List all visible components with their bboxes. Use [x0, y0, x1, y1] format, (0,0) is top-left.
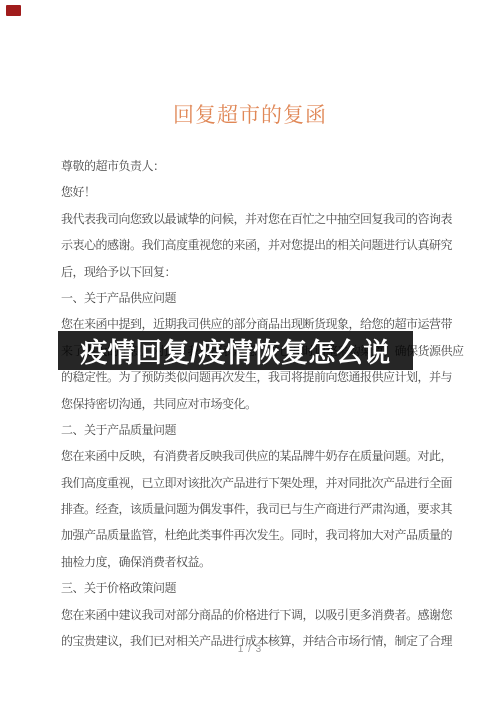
- doc-line-greeting: 您好！: [61, 179, 441, 205]
- document-page: 回复超市的复函 尊敬的超市负责人： 您好！ 我代表我司向您致以最诚挚的问候，并对…: [0, 0, 500, 706]
- doc-heading-section-3: 三、关于价格政策问题: [61, 575, 441, 601]
- doc-line: 您在来函中反映，有消费者反映我司供应的某品牌牛奶存在质量问题。对此，: [61, 443, 441, 469]
- document-title: 回复超市的复函: [0, 99, 500, 129]
- doc-heading-section-2: 二、关于产品质量问题: [61, 417, 441, 443]
- doc-line: 我们高度重视，已立即对该批次产品进行下架处理，并对同批次产品进行全面: [61, 470, 441, 496]
- document-body: 尊敬的超市负责人： 您好！ 我代表我司向您致以最诚挚的问候，并对您在百忙之中抽空…: [61, 153, 441, 654]
- doc-line: 后，现给予以下回复：: [61, 259, 441, 285]
- doc-line: 您保持密切沟通，共同应对市场变化。: [61, 391, 441, 417]
- doc-line: 排查。经查，该质量问题为偶发事件，我司已与生产商进行严肃沟通，要求其: [61, 496, 441, 522]
- doc-heading-section-1: 一、关于产品供应问题: [61, 285, 441, 311]
- doc-line: 示衷心的感谢。我们高度重视您的来函，并对您提出的相关问题进行认真研究: [61, 232, 441, 258]
- doc-line: 抽检力度，确保消费者权益。: [61, 549, 441, 575]
- watermark-text: 疫情回复/疫情恢复怎么说: [80, 331, 391, 370]
- watermark-banner: 疫情回复/疫情恢复怎么说: [58, 331, 413, 370]
- doc-line: 加强产品质量监管，杜绝此类事件再次发生。同时，我司将加大对产品质量的: [61, 522, 441, 548]
- doc-line: 您在来函中建议我司对部分商品的价格进行下调，以吸引更多消费者。感谢您: [61, 602, 441, 628]
- page-indicator: 1 / 3: [0, 644, 500, 655]
- red-rectangle-badge-icon: [6, 5, 21, 16]
- doc-line: 我代表我司向您致以最诚挚的问候，并对您在百忙之中抽空回复我司的咨询表: [61, 206, 441, 232]
- doc-line-salutation: 尊敬的超市负责人：: [61, 153, 441, 179]
